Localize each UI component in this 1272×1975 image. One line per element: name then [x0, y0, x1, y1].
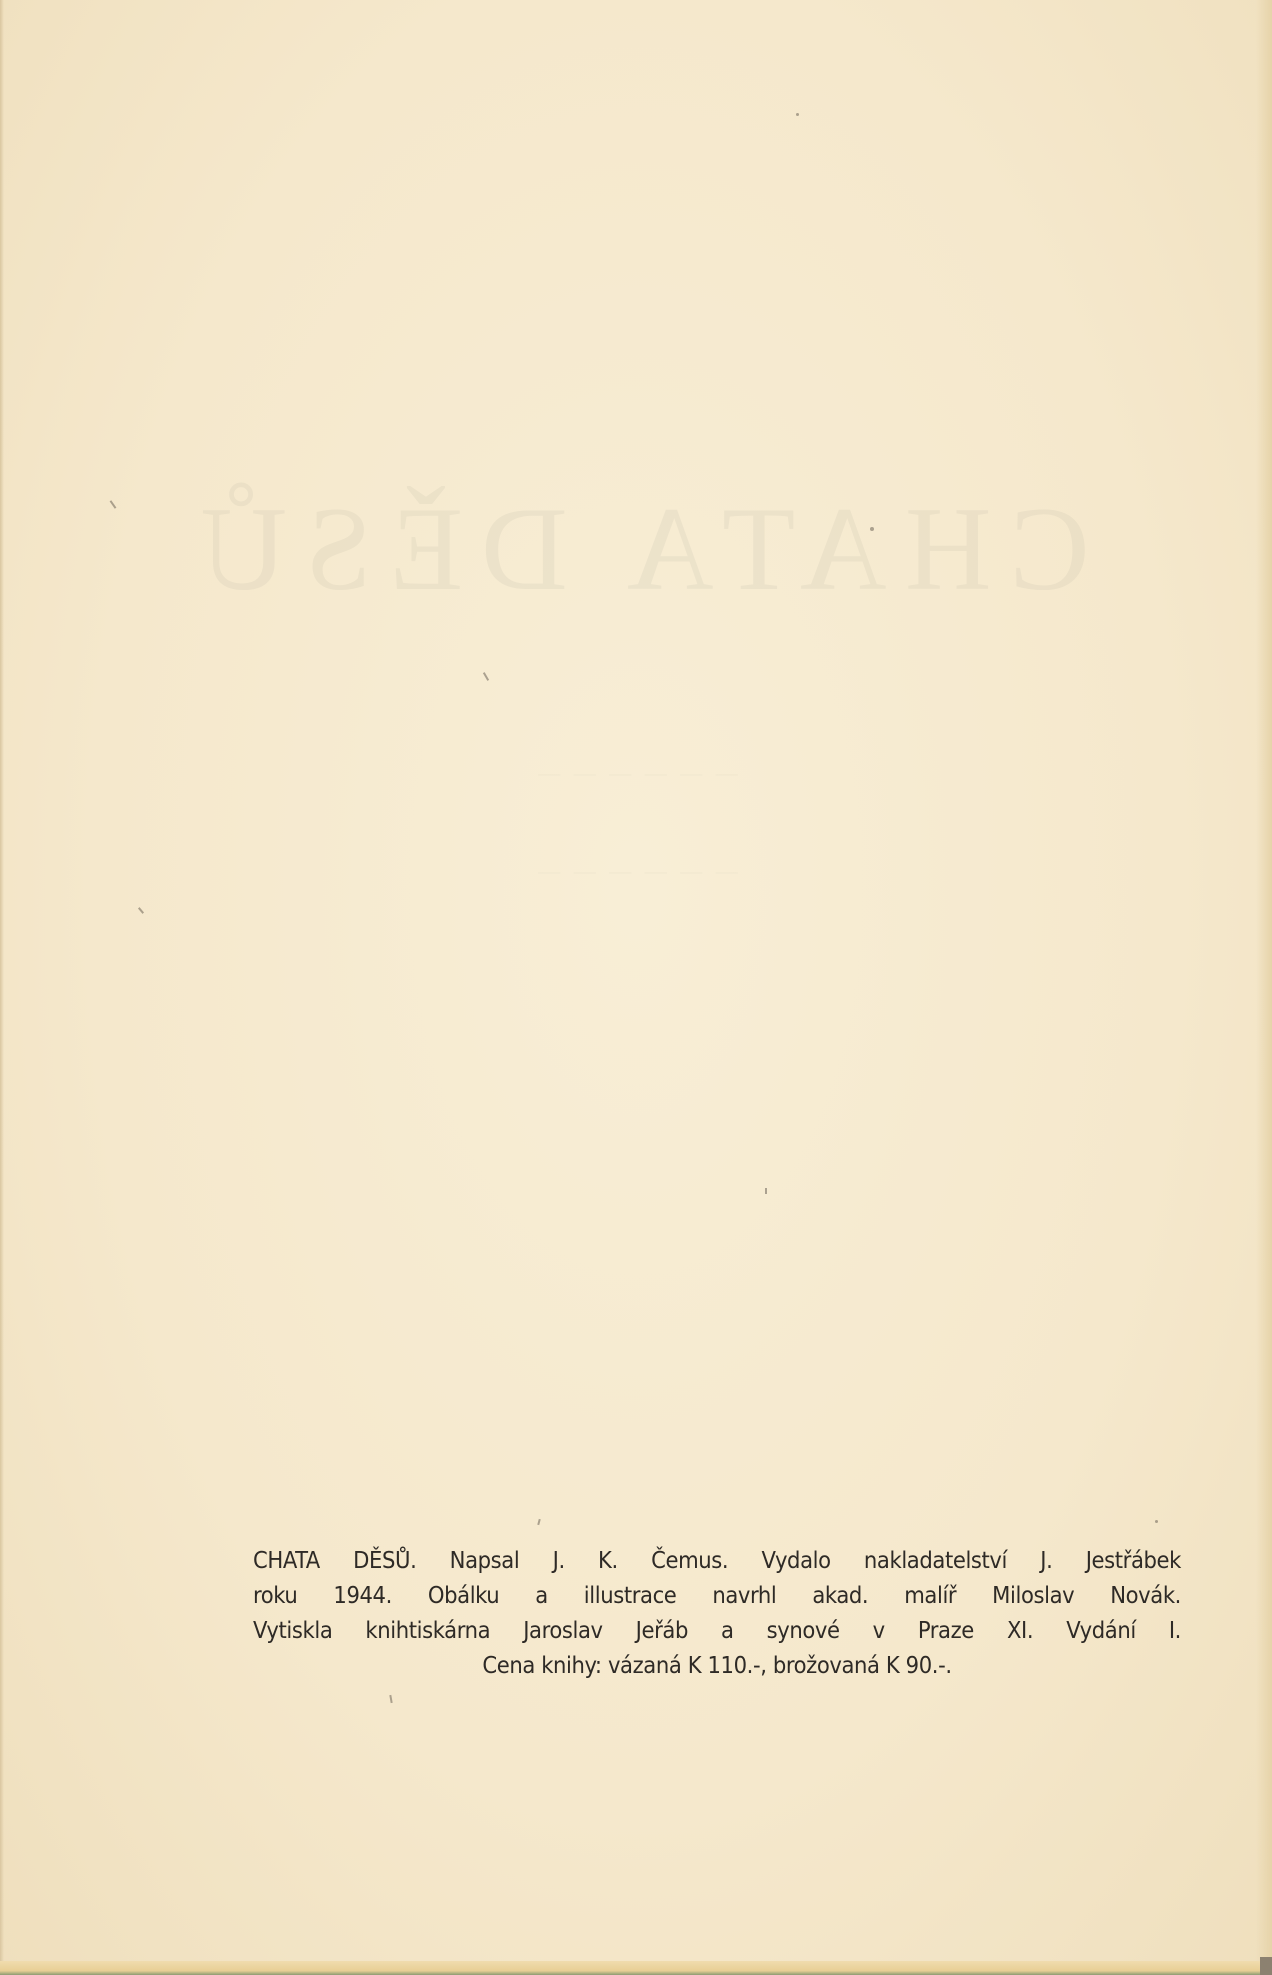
paper-fleck [483, 672, 489, 681]
page-edge-bottom [0, 1961, 1272, 1975]
book-page: CHATA DĚSŮ — — — — — — — — — — — — CHATA… [0, 0, 1272, 1975]
paper-fleck [765, 1188, 767, 1194]
scan-corner-mark [1260, 1957, 1272, 1975]
show-through-subtitle: — — — — — — [0, 760, 1272, 786]
colophon-price-line: Cena knihy: vázaná K 110.-, brožovaná K … [253, 1648, 1181, 1683]
paper-fleck [870, 527, 874, 531]
colophon-line: Vytiskla knihtiskárna Jaroslav Jeřáb a s… [253, 1613, 1181, 1648]
paper-fleck [1155, 1520, 1158, 1523]
colophon-line: roku 1944. Obálku a illustrace navrhl ak… [253, 1578, 1181, 1613]
show-through-subtitle-2: — — — — — — [0, 858, 1272, 884]
paper-fleck [389, 1695, 392, 1703]
page-edge-right [1256, 0, 1272, 1975]
paper-fleck [537, 1519, 540, 1525]
colophon-line: CHATA DĚSŮ. Napsal J. K. Čemus. Vydalo n… [253, 1543, 1181, 1578]
show-through-title: CHATA DĚSŮ [0, 480, 1272, 618]
colophon-text: CHATA DĚSŮ. Napsal J. K. Čemus. Vydalo n… [253, 1543, 1181, 1683]
page-edge-left [0, 0, 4, 1975]
paper-fleck [138, 907, 144, 914]
paper-fleck [796, 113, 799, 116]
